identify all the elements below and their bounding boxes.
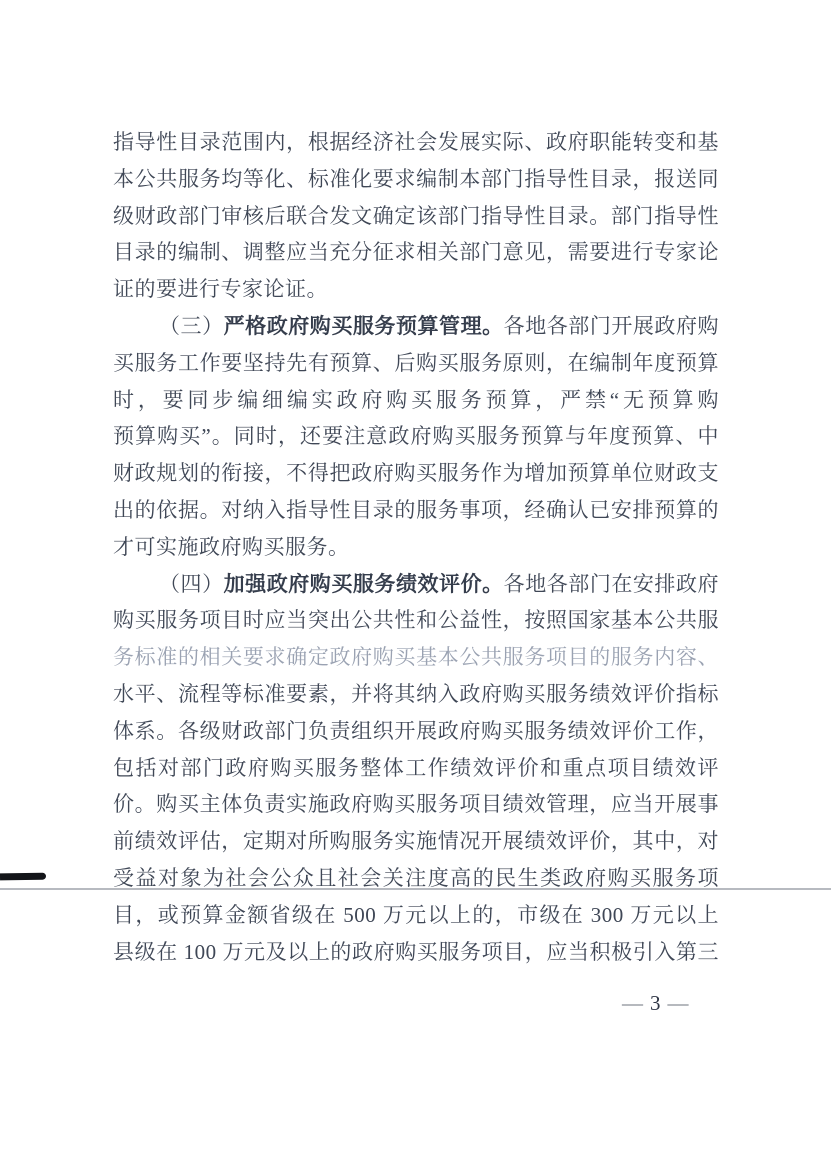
text-line: 财政规划的衔接，不得把政府购买服务作为增加预算单位财政支 — [113, 455, 719, 492]
scanned-document-page: 指导性目录范围内，根据经济社会发展实际、政府职能转变和基本公共服务均等化、标准化… — [0, 0, 831, 1171]
text-run-normal: 买服务工作要坚持先有预算、后购买服务原则，在编制年度预算 — [113, 351, 719, 375]
text-line: 目录的编制、调整应当充分征求相关部门意见，需要进行专家论 — [113, 234, 719, 271]
text-line: 买服务工作要坚持先有预算、后购买服务原则，在编制年度预算 — [113, 345, 719, 382]
text-line: 县级在 100 万元及以上的政府购买服务项目，应当积极引入第三 — [113, 934, 719, 971]
text-run-normal: （三） — [159, 314, 224, 338]
text-line: 预算购买”。同时，还要注意政府购买服务预算与年度预算、中期 — [113, 418, 719, 455]
text-line: 包括对部门政府购买服务整体工作绩效评价和重点项目绩效评 — [113, 750, 719, 787]
page-number-dash-left: — — [622, 991, 643, 1016]
text-line: 时，要同步编细编实政府购买服务预算，严禁“无预算购买”或“超 — [113, 382, 719, 419]
text-run-faint: 务标准的相关要求确定政府购买基本公共服务项目的服务内容、 — [113, 645, 719, 669]
text-run-normal: 财政规划的衔接，不得把政府购买服务作为增加预算单位财政支 — [113, 461, 719, 485]
text-run-normal: 指导性目录范围内，根据经济社会发展实际、政府职能转变和基 — [113, 130, 719, 154]
text-line: 本公共服务均等化、标准化要求编制本部门指导性目录，报送同 — [113, 161, 719, 198]
text-run-normal: 预算购买”。同时，还要注意政府购买服务预算与年度预算、中期 — [113, 424, 719, 455]
text-run-normal: 出的依据。对纳入指导性目录的服务事项，经确认已安排预算的 — [113, 498, 719, 522]
text-run-normal: 本公共服务均等化、标准化要求编制本部门指导性目录，报送同 — [113, 167, 719, 191]
text-run-normal: 包括对部门政府购买服务整体工作绩效评价和重点项目绩效评 — [113, 756, 719, 780]
text-line: 才可实施政府购买服务。 — [113, 529, 719, 566]
page-number-value: 3 — [650, 991, 661, 1016]
text-run-normal: 购买服务项目时应当突出公共性和公益性，按照国家基本公共服 — [113, 608, 719, 632]
text-line: 证的要进行专家论证。 — [113, 271, 719, 308]
text-run-normal: 目，或预算金额省级在 500 万元以上的，市级在 300 万元以上的， — [113, 903, 719, 934]
text-line: 指导性目录范围内，根据经济社会发展实际、政府职能转变和基 — [113, 124, 719, 161]
scan-artifact-mark — [0, 873, 46, 881]
text-run-normal: （四） — [159, 572, 224, 596]
text-line: 务标准的相关要求确定政府购买基本公共服务项目的服务内容、 — [113, 639, 719, 676]
text-run-normal: 受益对象为社会公众且社会关注度高的民生类政府购买服务项 — [113, 866, 719, 890]
text-line: 级财政部门审核后联合发文确定该部门指导性目录。部门指导性 — [113, 198, 719, 235]
text-line: 前绩效评估，定期对所购服务实施情况开展绩效评价，其中，对 — [113, 823, 719, 860]
page-number: — 3 — — [622, 991, 689, 1015]
text-line: 目，或预算金额省级在 500 万元以上的，市级在 300 万元以上的， — [113, 897, 719, 934]
text-run-normal: 县级在 100 万元及以上的政府购买服务项目，应当积极引入第三 — [113, 940, 719, 964]
text-run-normal: 各地各部门在安排政府 — [504, 572, 719, 596]
text-run-normal: 体系。各级财政部门负责组织开展政府购买服务绩效评价工作， — [113, 719, 719, 743]
text-line: 水平、流程等标准要素，并将其纳入政府购买服务绩效评价指标 — [113, 676, 719, 713]
text-run-normal: 才可实施政府购买服务。 — [113, 535, 350, 559]
text-line: （四）加强政府购买服务绩效评价。各地各部门在安排政府 — [113, 566, 719, 603]
text-line: 体系。各级财政部门负责组织开展政府购买服务绩效评价工作， — [113, 713, 719, 750]
text-run-normal: 各地各部门开展政府购 — [504, 314, 719, 338]
text-run-normal: 目录的编制、调整应当充分征求相关部门意见，需要进行专家论 — [113, 240, 719, 264]
text-run-bold: 严格政府购买服务预算管理。 — [224, 314, 504, 338]
text-run-normal: 时，要同步编细编实政府购买服务预算，严禁“无预算购买”或“超 — [113, 388, 719, 419]
text-line: 出的依据。对纳入指导性目录的服务事项，经确认已安排预算的 — [113, 492, 719, 529]
text-line: 价。购买主体负责实施政府购买服务项目绩效管理，应当开展事 — [113, 786, 719, 823]
text-run-normal: 前绩效评估，定期对所购服务实施情况开展绩效评价，其中，对 — [113, 829, 719, 853]
text-line: （三）严格政府购买服务预算管理。各地各部门开展政府购 — [113, 308, 719, 345]
document-text: 指导性目录范围内，根据经济社会发展实际、政府职能转变和基本公共服务均等化、标准化… — [113, 124, 719, 970]
text-run-normal: 证的要进行专家论证。 — [113, 277, 328, 301]
text-line: 受益对象为社会公众且社会关注度高的民生类政府购买服务项 — [113, 860, 719, 897]
text-run-normal: 价。购买主体负责实施政府购买服务项目绩效管理，应当开展事 — [113, 792, 719, 816]
text-run-bold: 加强政府购买服务绩效评价。 — [224, 572, 504, 596]
page-number-dash-right: — — [668, 991, 689, 1016]
text-run-normal: 水平、流程等标准要素，并将其纳入政府购买服务绩效评价指标 — [113, 682, 719, 706]
text-line: 购买服务项目时应当突出公共性和公益性，按照国家基本公共服 — [113, 602, 719, 639]
text-run-normal: 级财政部门审核后联合发文确定该部门指导性目录。部门指导性 — [113, 204, 719, 228]
scan-artifact-line — [0, 888, 831, 890]
